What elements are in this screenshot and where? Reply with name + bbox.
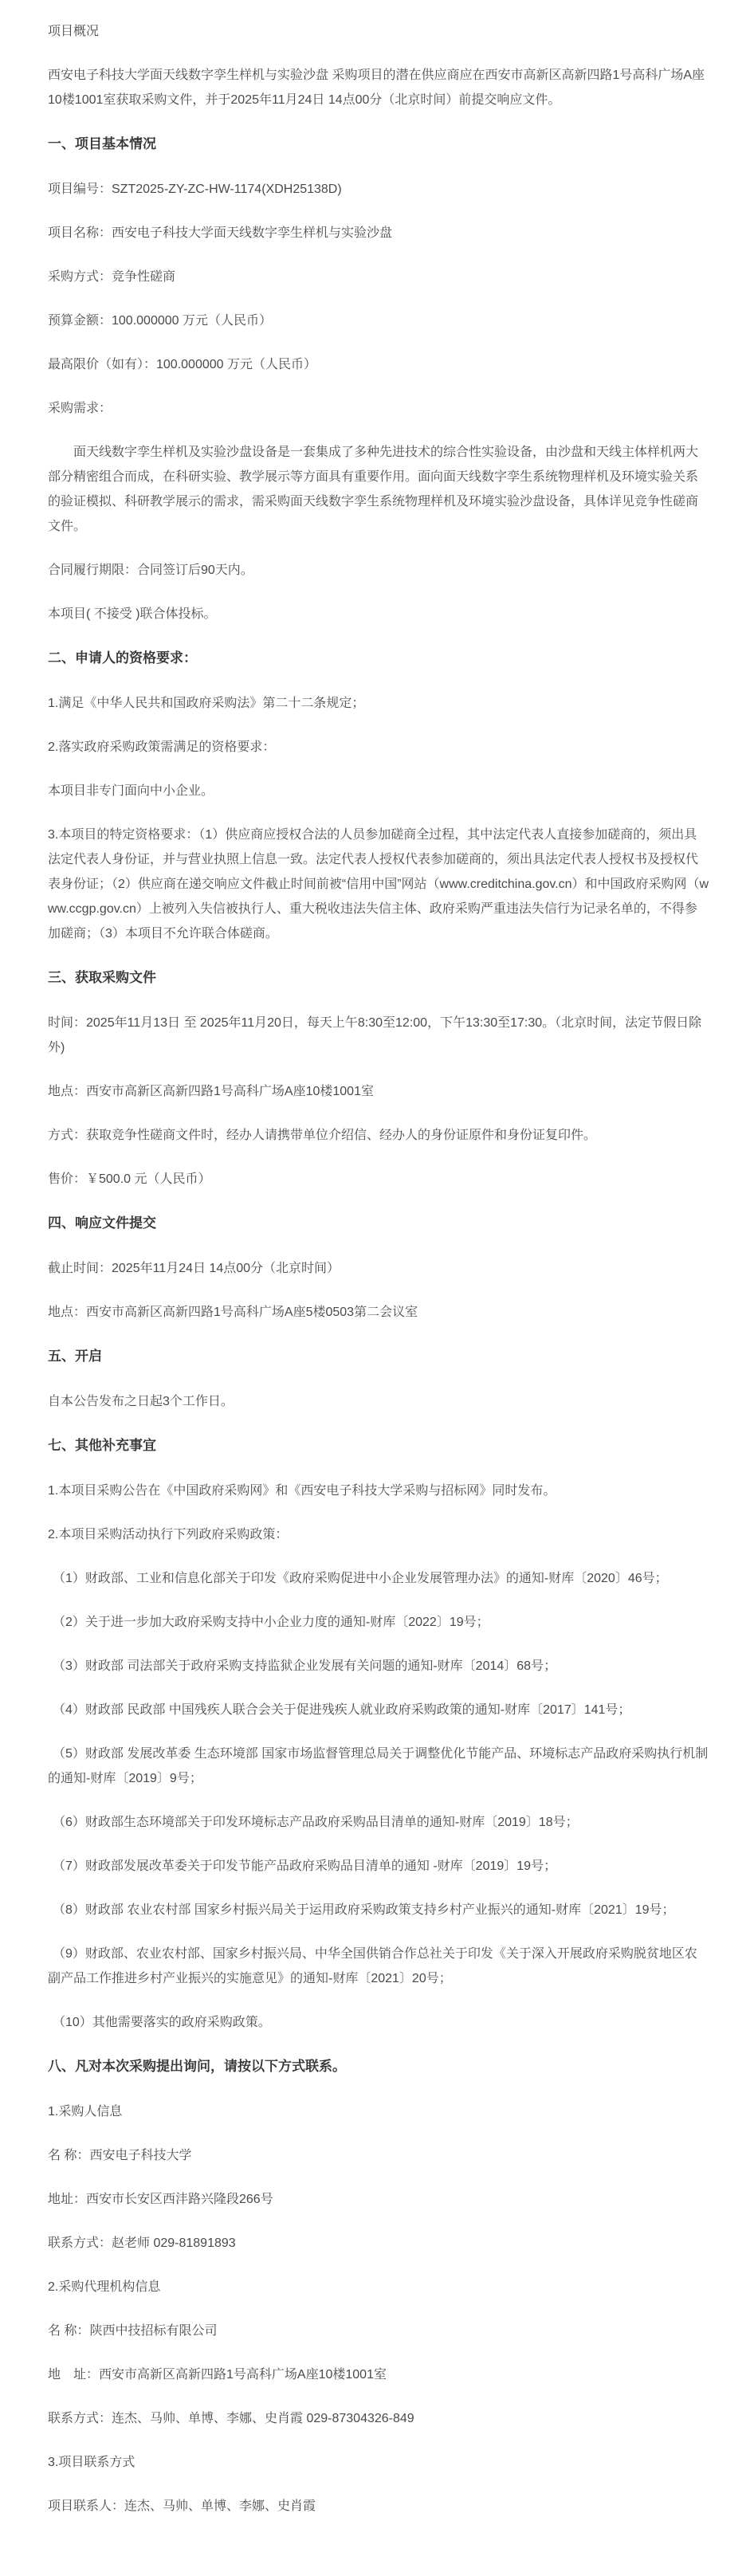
policy-item-8: （8）财政部 农业农村部 国家乡村振兴局关于运用政府采购政策支持乡村产业振兴的通… <box>48 1898 709 1922</box>
field-doc-location: 地点：西安市高新区高新四路1号高科广场A座10楼1001室 <box>48 1079 709 1104</box>
field-procurement-method: 采购方式：竞争性磋商 <box>48 265 709 289</box>
section-heading-contact-info: 八、凡对本次采购提出询问，请按以下方式联系。 <box>48 2054 709 2079</box>
para-requirements-detail: 面天线数字孪生样机及实验沙盘设备是一套集成了多种先进技术的综合性实验设备，由沙盘… <box>48 440 709 539</box>
label-procurement-requirements: 采购需求： <box>48 396 709 421</box>
field-purchaser-contact: 联系方式：赵老师 029-81891893 <box>48 2231 709 2256</box>
policy-item-5: （5）财政部 发展改革委 生态环境部 国家市场监督管理总局关于调整优化节能产品、… <box>48 1742 709 1791</box>
field-consortium-bidding: 本项目( 不接受 )联合体投标。 <box>48 602 709 626</box>
policy-item-1: （1）财政部、工业和信息化部关于印发《政府采购促进中小企业发展管理办法》的通知-… <box>48 1566 709 1591</box>
policy-item-7: （7）财政部发展改革委关于印发节能产品政府采购品目清单的通知 -财库〔2019〕… <box>48 1854 709 1879</box>
field-max-price: 最高限价（如有）：100.000000 万元（人民币） <box>48 352 709 377</box>
field-project-number: 项目编号：SZT2025-ZY-ZC-HW-1174(XDH25138D) <box>48 177 709 202</box>
field-agency-name: 名 称：陕西中技招标有限公司 <box>48 2319 709 2343</box>
policy-item-9: （9）财政部、农业农村部、国家乡村振兴局、中华全国供销合作总社关于印发《关于深入… <box>48 1942 709 1991</box>
field-doc-time: 时间：2025年11月13日 至 2025年11月20日，每天上午8:30至12… <box>48 1011 709 1060</box>
intro-paragraph: 西安电子科技大学面天线数字孪生样机与实验沙盘 采购项目的潜在供应商应在西安市高新… <box>48 63 709 112</box>
page-title: 项目概况 <box>48 19 709 44</box>
field-submit-deadline: 截止时间：2025年11月24日 14点00分（北京时间） <box>48 1256 709 1281</box>
para-announce-publish: 1.本项目采购公告在《中国政府采购网》和《西安电子科技大学采购与招标网》同时发布… <box>48 1478 709 1503</box>
field-purchaser-address: 地址：西安市长安区西沣路兴隆段266号 <box>48 2187 709 2212</box>
field-purchaser-name: 名 称：西安电子科技大学 <box>48 2143 709 2168</box>
section-heading-other-matters: 七、其他补充事宜 <box>48 1433 709 1458</box>
field-budget-amount: 预算金额：100.000000 万元（人民币） <box>48 308 709 333</box>
policy-item-2: （2）关于进一步加大政府采购支持中小企业力度的通知-财库〔2022〕19号； <box>48 1610 709 1635</box>
para-qualification-2: 2.落实政府采购政策需满足的资格要求： <box>48 735 709 760</box>
policy-item-6: （6）财政部生态环境部关于印发环境标志产品政府采购品目清单的通知-财库〔2019… <box>48 1810 709 1835</box>
section-heading-obtain-documents: 三、获取采购文件 <box>48 965 709 990</box>
procurement-announcement: 项目概况 西安电子科技大学面天线数字孪生样机与实验沙盘 采购项目的潜在供应商应在… <box>0 0 754 2576</box>
policy-item-10: （10）其他需要落实的政府采购政策。 <box>48 2010 709 2035</box>
label-purchaser-info: 1.采购人信息 <box>48 2099 709 2124</box>
section-heading-response-submission: 四、响应文件提交 <box>48 1211 709 1235</box>
field-doc-price: 售价：￥500.0 元（人民币） <box>48 1167 709 1192</box>
para-opening-period: 自本公告发布之日起3个工作日。 <box>48 1389 709 1414</box>
para-policy-intro: 2.本项目采购活动执行下列政府采购政策： <box>48 1522 709 1547</box>
field-doc-method: 方式：获取竞争性磋商文件时，经办人请携带单位介绍信、经办人的身份证原件和身份证复… <box>48 1123 709 1148</box>
field-contract-period: 合同履行期限：合同签订后90天内。 <box>48 558 709 583</box>
para-qualification-1: 1.满足《中华人民共和国政府采购法》第二十二条规定； <box>48 691 709 716</box>
section-heading-opening: 五、开启 <box>48 1344 709 1368</box>
policy-item-3: （3）财政部 司法部关于政府采购支持监狱企业发展有关问题的通知-财库〔2014〕… <box>48 1654 709 1679</box>
section-heading-basic-info: 一、项目基本情况 <box>48 132 709 156</box>
para-qualification-3: 3.本项目的特定资格要求：（1）供应商应授权合法的人员参加磋商全过程，其中法定代… <box>48 823 709 946</box>
label-agency-info: 2.采购代理机构信息 <box>48 2275 709 2299</box>
field-project-name: 项目名称：西安电子科技大学面天线数字孪生样机与实验沙盘 <box>48 221 709 245</box>
field-submit-location: 地点：西安市高新区高新四路1号高科广场A座5楼0503第二会议室 <box>48 1300 709 1325</box>
field-agency-address: 地 址：西安市高新区高新四路1号高科广场A座10楼1001室 <box>48 2362 709 2387</box>
field-agency-contact: 联系方式：连杰、马帅、单博、李娜、史肖霞 029-87304326-849 <box>48 2406 709 2431</box>
field-project-contacts: 项目联系人：连杰、马帅、单博、李娜、史肖霞 <box>48 2494 709 2519</box>
label-project-contact: 3.项目联系方式 <box>48 2450 709 2475</box>
section-heading-applicant-qualifications: 二、申请人的资格要求： <box>48 646 709 670</box>
para-qualification-2-note: 本项目非专门面向中小企业。 <box>48 779 709 803</box>
policy-item-4: （4）财政部 民政部 中国残疾人联合会关于促进残疾人就业政府采购政策的通知-财库… <box>48 1698 709 1722</box>
